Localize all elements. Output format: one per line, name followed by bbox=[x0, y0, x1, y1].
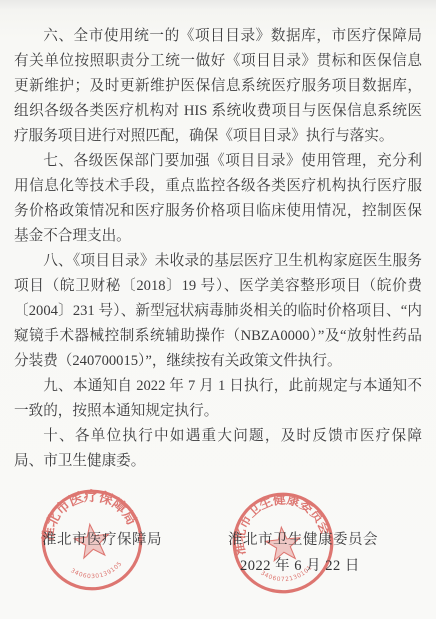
paragraph-7: 七、各级医保部门要加强《项目目录》使用管理，充分利用信息化等技术手段，重点监控各… bbox=[14, 149, 422, 249]
paragraph-8: 八、《项目目录》未收录的基层医疗卫生机构家庭医生服务项目（皖卫财秘〔2018〕1… bbox=[14, 249, 422, 374]
paragraph-10: 十、各单位执行中如遇重大问题，及时反馈市医疗保障局、市卫生健康委。 bbox=[14, 424, 422, 474]
signature-org-right: 淮北市卫生健康委员会 bbox=[228, 528, 378, 549]
paragraph-9: 九、本通知自 2022 年 7 月 1 日执行，此前规定与本通知不一致的，按照本… bbox=[14, 374, 422, 424]
signature-org-left: 淮北市医疗保障局 bbox=[42, 528, 162, 549]
paragraph-6: 六、全市使用统一的《项目目录》数据库，市医疗保障局有关单位按照职责分工统一做好《… bbox=[14, 24, 422, 149]
document-page: 六、全市使用统一的《项目目录》数据库，市医疗保障局有关单位按照职责分工统一做好《… bbox=[0, 0, 436, 619]
document-body: 六、全市使用统一的《项目目录》数据库，市医疗保障局有关单位按照职责分工统一做好《… bbox=[14, 24, 422, 474]
seal-code-text: 3406030139105 bbox=[69, 560, 126, 584]
signature-date: 2022 年 6 月 22 日 bbox=[240, 554, 360, 575]
